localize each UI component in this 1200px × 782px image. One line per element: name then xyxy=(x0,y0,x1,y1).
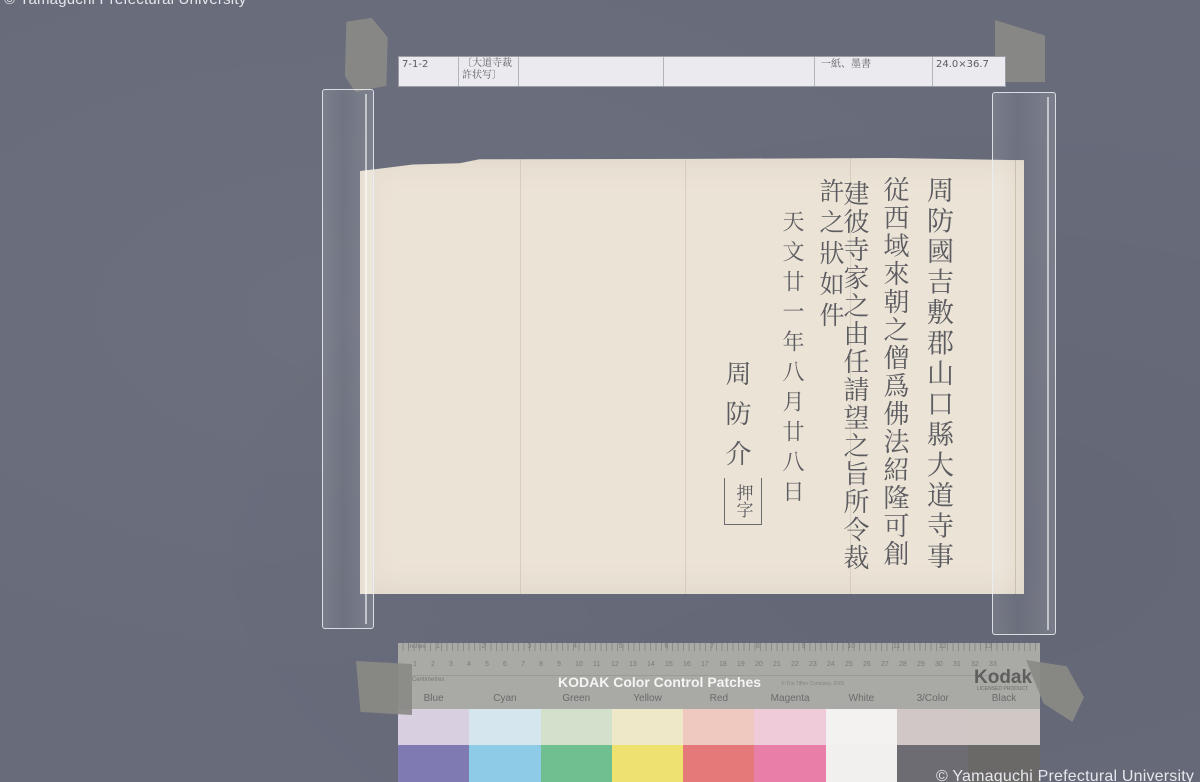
patch-labels: Blue Cyan Green Yellow Red Magenta White… xyxy=(398,693,1040,704)
cm-mark: 26 xyxy=(863,661,871,668)
patch-label: Cyan xyxy=(469,693,540,704)
ruler-label-cm: Centimetres xyxy=(412,677,444,683)
cm-mark: 24 xyxy=(827,661,835,668)
document-line-1: 周防國吉敷郡山口縣大道寺事 xyxy=(918,176,957,573)
cm-mark: 18 xyxy=(719,661,727,668)
ruler-label-inches: Inches xyxy=(408,644,426,650)
document-line-4: 許之狀如件 xyxy=(812,178,848,333)
cm-mark: 6 xyxy=(503,661,507,668)
cm-mark: 22 xyxy=(791,661,799,668)
cm-mark: 20 xyxy=(755,661,763,668)
inch-mark: 8 xyxy=(756,643,760,655)
cm-mark: 19 xyxy=(737,661,745,668)
licensed-product-text: LICENSED PRODUCT xyxy=(977,686,1028,692)
catalog-title-line2: 許状写〕 xyxy=(462,70,515,82)
patch-label: Magenta xyxy=(754,693,825,704)
cm-mark: 16 xyxy=(683,661,691,668)
patch-dark xyxy=(398,745,469,782)
cm-mark: 27 xyxy=(881,661,889,668)
watermark-top: © Yamaguchi Prefectural University xyxy=(4,0,246,8)
patch-light xyxy=(826,709,897,745)
patch-blue xyxy=(398,709,469,782)
cm-mark: 3 xyxy=(449,661,453,668)
catalog-label: 7-1-2 〔大道寺裁 許状写〕 一紙、墨書 24.0×36.7 xyxy=(398,56,1006,87)
patch-dark xyxy=(754,745,825,782)
patch-label: Green xyxy=(541,693,612,704)
chart-title: KODAK Color Control Patches xyxy=(558,674,761,690)
document-date: 天文廿一年八月廿八日 xyxy=(776,210,807,510)
patch-dark xyxy=(541,745,612,782)
inch-mark: 3 xyxy=(527,643,531,655)
inch-mark: 11 xyxy=(893,643,900,655)
patch-light xyxy=(612,709,683,745)
patch-dark xyxy=(683,745,754,782)
document-signer: 周防介 xyxy=(718,360,755,480)
inch-mark: 12 xyxy=(939,643,947,655)
acrylic-weight-right xyxy=(992,92,1056,635)
catalog-col4 xyxy=(664,57,815,86)
cm-mark: 12 xyxy=(611,661,619,668)
cm-mark: 30 xyxy=(935,661,943,668)
cm-mark: 23 xyxy=(809,661,817,668)
patch-label: White xyxy=(826,693,897,704)
cm-mark: 1 xyxy=(413,661,417,668)
document-line-2: 従西域來朝之僧爲佛法紹隆可創 xyxy=(876,176,913,568)
cm-mark: 17 xyxy=(701,661,709,668)
cm-mark: 10 xyxy=(575,661,583,668)
cm-mark: 8 xyxy=(539,661,543,668)
cm-mark: 21 xyxy=(773,661,781,668)
tape-bottom-left xyxy=(356,655,412,715)
catalog-title: 〔大道寺裁 許状写〕 xyxy=(459,57,519,86)
catalog-material: 一紙、墨書 xyxy=(815,57,933,86)
patch-light xyxy=(541,709,612,745)
cm-mark: 15 xyxy=(665,661,673,668)
patch-light xyxy=(683,709,754,745)
patch-magenta xyxy=(754,709,825,782)
inch-mark: 2 xyxy=(482,643,486,655)
patch-light xyxy=(469,709,540,745)
patch-light xyxy=(968,709,1039,745)
inch-mark: 10 xyxy=(847,643,855,655)
fold-line xyxy=(520,158,521,594)
cm-mark: 14 xyxy=(647,661,655,668)
cm-mark: 7 xyxy=(521,661,525,668)
cm-mark: 29 xyxy=(917,661,925,668)
patch-red xyxy=(683,709,754,782)
patch-white xyxy=(826,709,897,782)
inch-mark: 9 xyxy=(802,643,806,655)
chart-copyright: © The Tiffen Company, 2000 xyxy=(781,681,844,687)
cm-mark: 31 xyxy=(953,661,961,668)
inch-mark: 7 xyxy=(710,643,714,655)
cm-mark: 2 xyxy=(431,661,435,668)
patch-label: Red xyxy=(683,693,754,704)
inch-mark: 1 xyxy=(436,643,440,655)
patch-light xyxy=(897,709,968,745)
patch-green xyxy=(541,709,612,782)
seal-mark: 押字 xyxy=(724,478,762,525)
cm-mark: 11 xyxy=(593,661,600,668)
catalog-number: 7-1-2 xyxy=(399,57,459,86)
patch-cyan xyxy=(469,709,540,782)
patch-light xyxy=(754,709,825,745)
patch-label: 3/Color xyxy=(897,693,968,704)
kodak-color-chart: Inches Centimetres 12345678910111213 123… xyxy=(398,643,1040,782)
patch-label: Yellow xyxy=(612,693,683,704)
catalog-dimensions: 24.0×36.7 xyxy=(933,57,1005,86)
inch-mark: 4 xyxy=(573,643,577,655)
inch-mark: 6 xyxy=(665,643,669,655)
catalog-col3 xyxy=(519,57,664,86)
patch-label: Black xyxy=(968,693,1039,704)
inch-mark: 5 xyxy=(619,643,623,655)
cm-mark: 4 xyxy=(467,661,471,668)
watermark-bottom: © Yamaguchi Prefectural University xyxy=(936,768,1194,782)
inch-mark: 13 xyxy=(984,643,992,655)
cm-mark: 9 xyxy=(557,661,561,668)
fold-line xyxy=(685,158,686,594)
patch-dark xyxy=(826,745,897,782)
acrylic-weight-left xyxy=(322,89,374,629)
catalog-title-line1: 〔大道寺裁 xyxy=(462,58,515,70)
cm-mark: 5 xyxy=(485,661,489,668)
cm-mark: 25 xyxy=(845,661,853,668)
cm-mark: 13 xyxy=(629,661,637,668)
patch-dark xyxy=(612,745,683,782)
patch-yellow xyxy=(612,709,683,782)
cm-mark: 28 xyxy=(899,661,907,668)
patch-dark xyxy=(469,745,540,782)
